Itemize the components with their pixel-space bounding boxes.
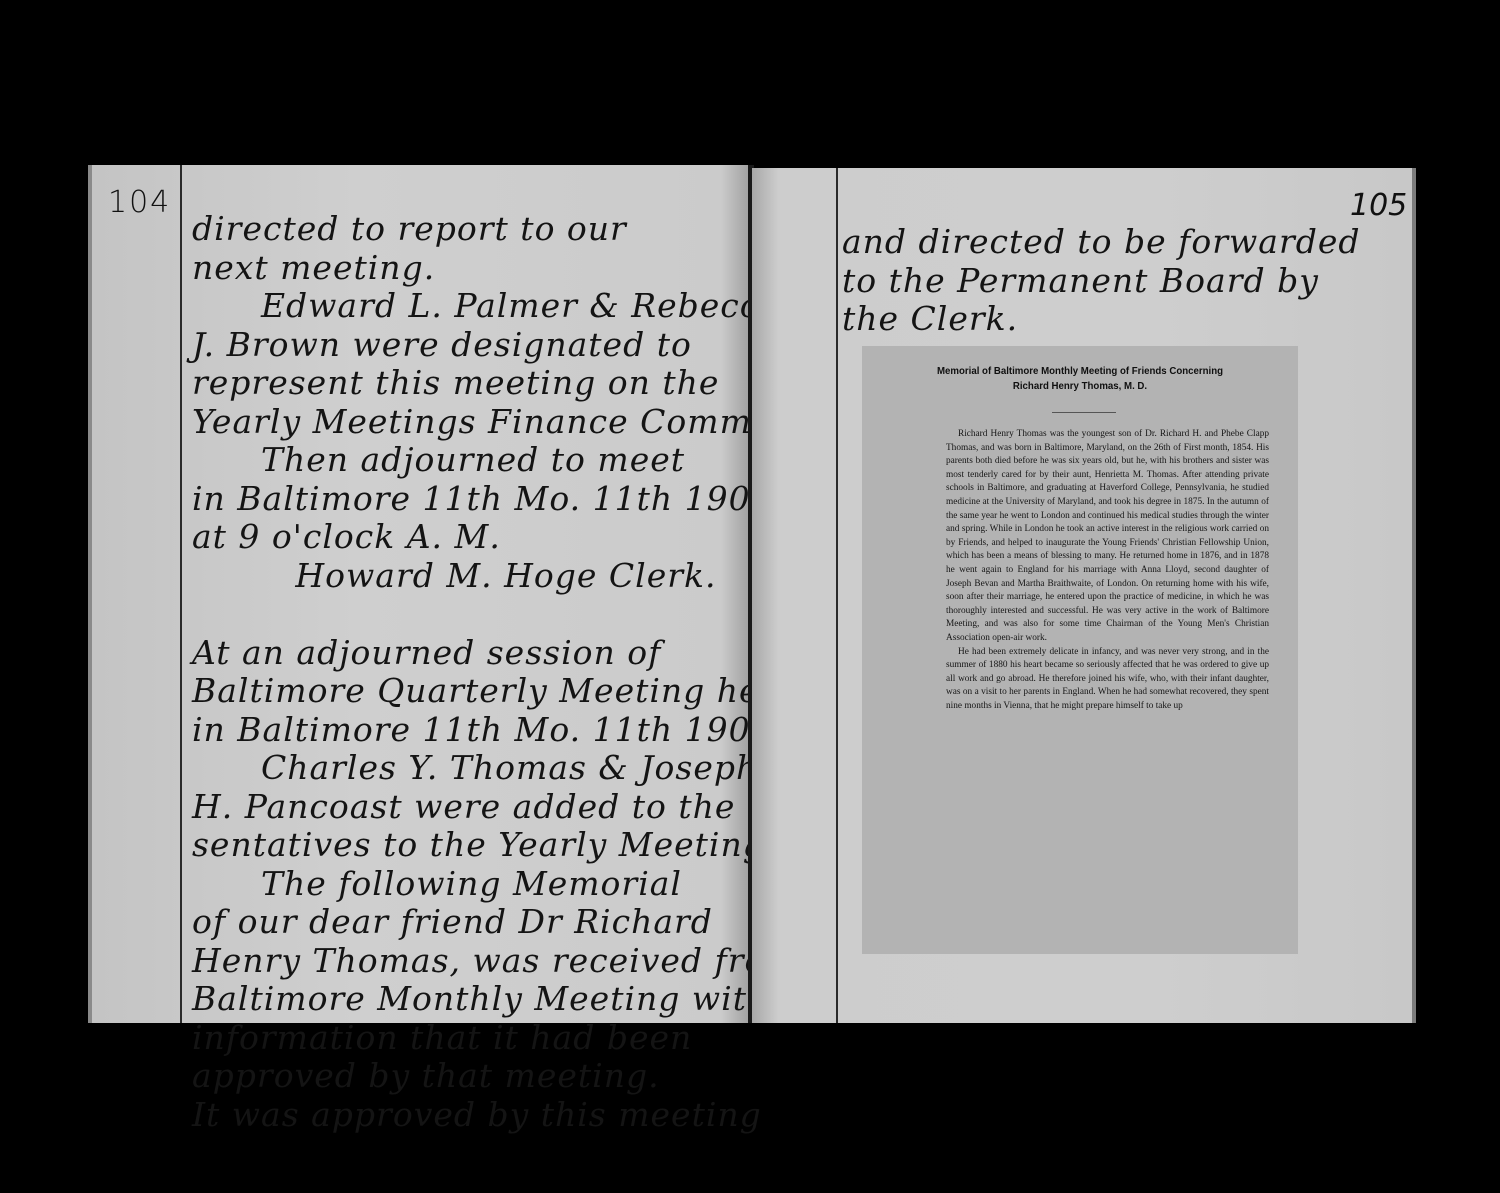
handwritten-line: Howard M. Hoge Clerk. xyxy=(192,557,752,596)
handwritten-line: directed to report to our xyxy=(192,210,752,249)
memorial-title-line2: Richard Henry Thomas, M. D. xyxy=(879,379,1280,394)
handwritten-line: It was approved by this meeting xyxy=(192,1096,752,1135)
handwritten-line: at 9 o'clock A. M. xyxy=(192,518,752,557)
handwritten-line: Baltimore Monthly Meeting with xyxy=(192,980,752,1019)
handwritten-line: At an adjourned session of xyxy=(192,634,752,673)
handwritten-line: to the Permanent Board by xyxy=(842,262,1402,301)
memorial-paragraph: He had been extremely delicate in infanc… xyxy=(946,646,1269,714)
handwritten-minutes-left: directed to report to ournext meeting. E… xyxy=(192,210,752,1134)
handwritten-line: next meeting. xyxy=(192,249,752,288)
margin-rule xyxy=(180,165,182,1023)
memorial-paragraph: Richard Henry Thomas was the youngest so… xyxy=(946,428,1269,646)
left-ledger-page: 104 directed to report to ournext meetin… xyxy=(88,165,754,1023)
memorial-title: Memorial of Baltimore Monthly Meeting of… xyxy=(879,364,1280,394)
pasted-memorial-clipping: Memorial of Baltimore Monthly Meeting of… xyxy=(862,346,1298,954)
handwritten-line: sentatives to the Yearly Meeting. xyxy=(192,826,752,865)
page-number-right: 105 xyxy=(1350,188,1407,223)
handwritten-line: Charles Y. Thomas & Joseph xyxy=(192,749,752,788)
handwritten-line xyxy=(192,595,752,634)
handwritten-line: of our dear friend Dr Richard xyxy=(192,903,752,942)
margin-rule xyxy=(836,168,838,1023)
handwritten-line: in Baltimore 11th Mo. 11th 1904 xyxy=(192,480,752,519)
handwritten-line: H. Pancoast were added to the repre- xyxy=(192,788,752,827)
handwritten-line: in Baltimore 11th Mo. 11th 1904 xyxy=(192,711,752,750)
handwritten-line: J. Brown were designated to xyxy=(192,326,752,365)
right-ledger-page: 105 and directed to be forwardedto the P… xyxy=(752,168,1416,1023)
handwritten-minutes-right: and directed to be forwardedto the Perma… xyxy=(842,223,1402,339)
handwritten-line: Henry Thomas, was received from xyxy=(192,942,752,981)
memorial-title-line1: Memorial of Baltimore Monthly Meeting of… xyxy=(879,364,1280,379)
handwritten-line: Edward L. Palmer & Rebecca xyxy=(192,287,752,326)
handwritten-line: represent this meeting on the xyxy=(192,364,752,403)
handwritten-line: and directed to be forwarded xyxy=(842,223,1402,262)
handwritten-line: approved by that meeting. xyxy=(192,1057,752,1096)
handwritten-line: the Clerk. xyxy=(842,300,1402,339)
handwritten-line: The following Memorial xyxy=(192,865,752,904)
memorial-body: Richard Henry Thomas was the youngest so… xyxy=(946,428,1269,713)
page-number-left: 104 xyxy=(108,185,171,220)
title-divider xyxy=(1052,412,1116,413)
handwritten-line: Yearly Meetings Finance Committee. xyxy=(192,403,752,442)
handwritten-line: Then adjourned to meet xyxy=(192,441,752,480)
handwritten-line: information that it had been xyxy=(192,1019,752,1058)
handwritten-line: Baltimore Quarterly Meeting held xyxy=(192,672,752,711)
